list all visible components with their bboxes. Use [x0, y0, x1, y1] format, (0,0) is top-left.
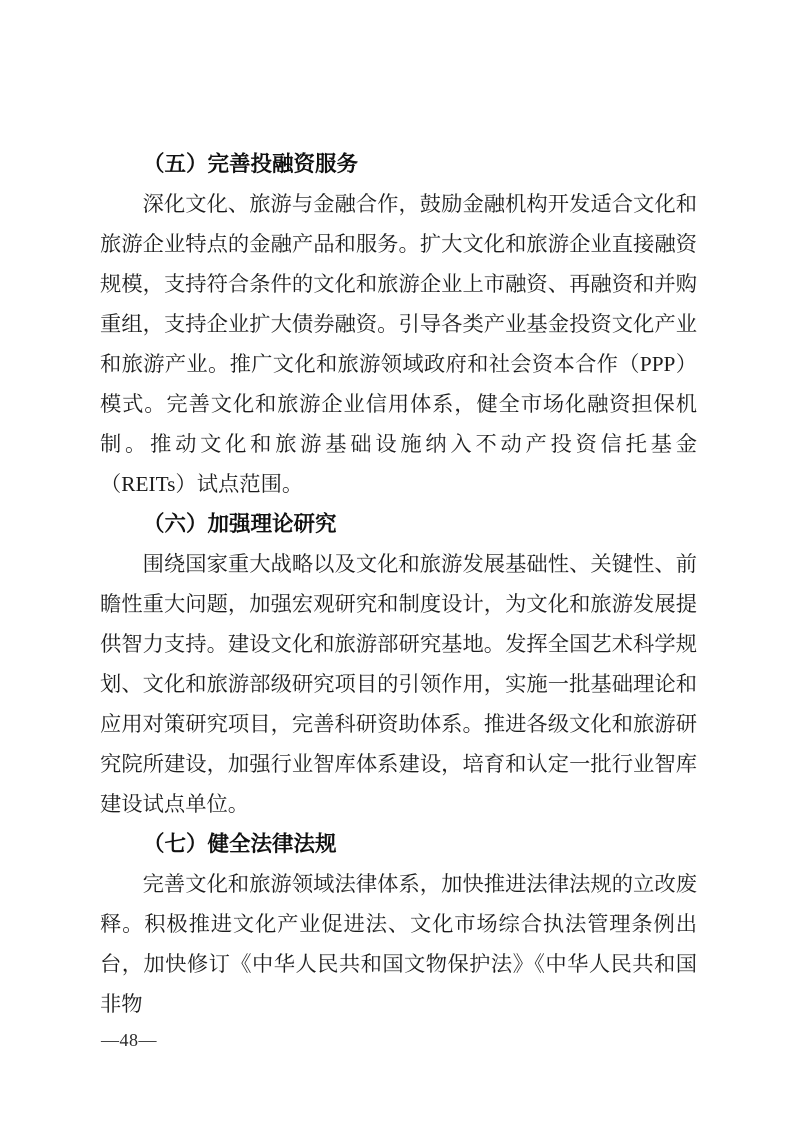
document-body: （五）完善投融资服务 深化文化、旅游与金融合作，鼓励金融机构开发适合文化和旅游企…	[100, 144, 697, 1024]
section-paragraph-laws-regulations: 完善文化和旅游领域法律体系，加快推进法律法规的立改废释。积极推进文化产业促进法、…	[100, 864, 697, 1024]
section-paragraph-theoretical-research: 围绕国家重大战略以及文化和旅游发展基础性、关键性、前瞻性重大问题，加强宏观研究和…	[100, 544, 697, 824]
section-paragraph-investment-financing: 深化文化、旅游与金融合作，鼓励金融机构开发适合文化和旅游企业特点的金融产品和服务…	[100, 184, 697, 504]
document-page: （五）完善投融资服务 深化文化、旅游与金融合作，鼓励金融机构开发适合文化和旅游企…	[0, 0, 793, 1122]
section-heading-investment-financing: （五）完善投融资服务	[100, 144, 697, 184]
section-heading-theoretical-research: （六）加强理论研究	[100, 504, 697, 544]
section-heading-laws-regulations: （七）健全法律法规	[100, 824, 697, 864]
page-number: —48—	[101, 1029, 157, 1051]
